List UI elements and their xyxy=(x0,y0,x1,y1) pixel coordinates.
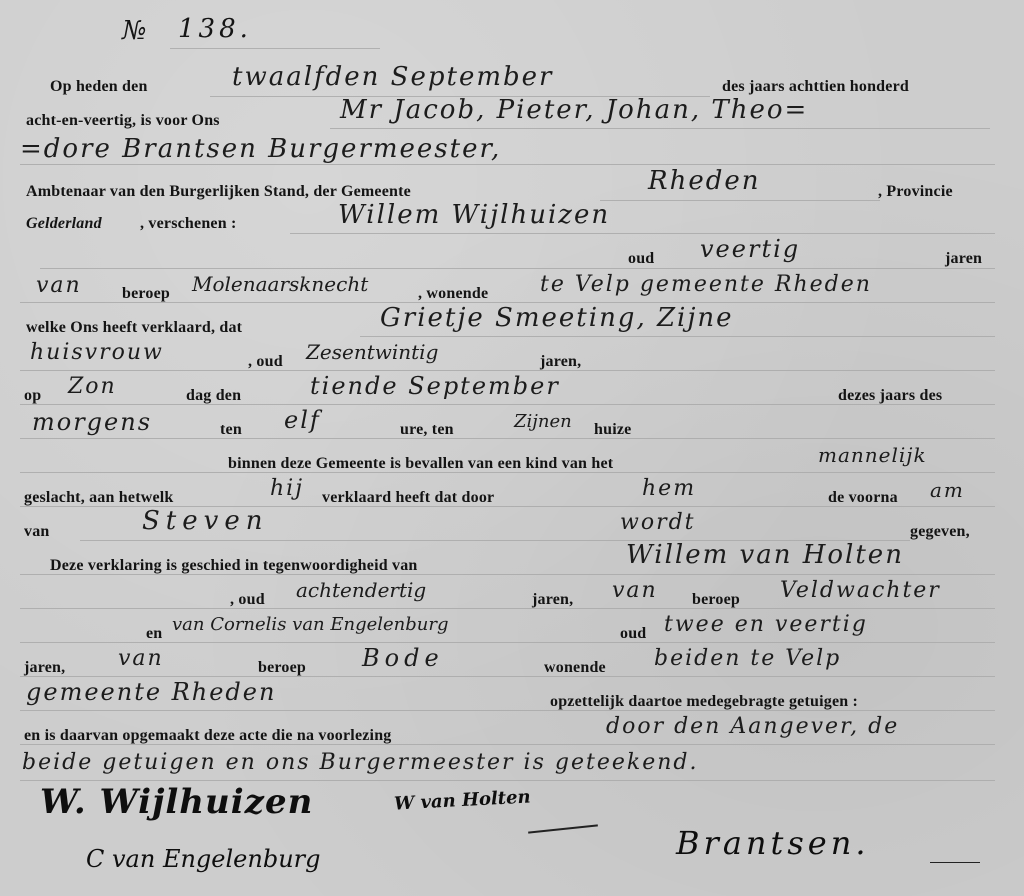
handwritten-mother-age: Zesentwintig xyxy=(306,340,438,364)
printed-province: Gelderland xyxy=(26,215,102,233)
handwritten-witness-2-name: van Cornelis van Engelenburg xyxy=(172,614,449,635)
printed-text: , verschenen : xyxy=(140,215,237,233)
rule-line xyxy=(20,164,995,165)
handwritten-declarant-name: Willem Wijlhuizen xyxy=(338,200,610,230)
handwritten-witness-2-age: twee en veertig xyxy=(664,612,868,637)
printed-text: de voorna xyxy=(828,489,898,507)
printed-text: dag den xyxy=(186,387,241,405)
handwritten-text: Zijnen xyxy=(514,411,572,432)
rule-line xyxy=(20,370,995,371)
handwritten-age: veertig xyxy=(700,235,800,263)
handwritten-witness-2-occupation: Bode xyxy=(362,644,444,672)
rule-line xyxy=(20,608,995,609)
printed-text: beroep xyxy=(692,591,740,609)
handwritten-registrar-title: =dore Brantsen Burgermeester, xyxy=(20,134,501,164)
handwritten-municipality: Rheden xyxy=(648,166,760,196)
rule-line xyxy=(170,48,380,49)
rule-line xyxy=(330,128,990,129)
printed-text: jaren xyxy=(945,250,982,268)
handwritten-time-of-day: morgens xyxy=(32,408,152,436)
printed-text: beroep xyxy=(258,659,306,677)
printed-text: en is daarvan opgemaakt deze acte die na… xyxy=(24,727,392,745)
printed-text: Ambtenaar van den Burgerlijken Stand, de… xyxy=(26,183,411,201)
printed-text: op xyxy=(24,387,41,405)
printed-text: jaren, xyxy=(540,353,581,371)
handwritten-text: huisvrouw xyxy=(30,340,164,365)
handwritten-witness-1-name: Willem van Holten xyxy=(626,540,904,570)
handwritten-hour: elf xyxy=(284,406,321,434)
printed-text: des jaars achttien honderd xyxy=(722,78,909,96)
handwritten-weekday: Zon xyxy=(68,374,117,399)
handwritten-text: door den Aangever, de xyxy=(606,714,899,739)
handwritten-registrar-name: Mr Jacob, Pieter, Johan, Theo= xyxy=(340,95,808,125)
register-page: № 138. Op heden den twaalfden September … xyxy=(0,0,1024,896)
printed-text: Op heden den xyxy=(50,78,148,96)
printed-text: wonende xyxy=(544,659,606,677)
record-number-label: № xyxy=(122,16,151,46)
printed-text: ten xyxy=(220,421,242,439)
printed-text: en xyxy=(146,625,162,643)
handwritten-text: van xyxy=(612,578,658,603)
handwritten-text: hij xyxy=(270,476,304,501)
rule-line xyxy=(20,676,995,677)
rule-line xyxy=(290,233,995,234)
signature-registrar: Brantsen. xyxy=(676,824,870,862)
handwritten-text: hem xyxy=(642,476,696,501)
signature-declarant: W. Wijlhuizen xyxy=(40,782,313,822)
handwritten-text: am xyxy=(930,478,965,502)
printed-text: geslacht, aan hetwelk xyxy=(24,489,174,507)
printed-text: Deze verklaring is geschied in tegenwoor… xyxy=(50,557,418,575)
handwritten-text: van xyxy=(118,646,164,671)
handwritten-witness-1-occupation: Veldwachter xyxy=(780,578,941,603)
printed-text: jaren, xyxy=(24,659,65,677)
handwritten-witness-1-age: achtendertig xyxy=(296,578,426,602)
printed-text: , wonende xyxy=(418,285,488,303)
printed-text: huize xyxy=(594,421,631,439)
signature-witness-2: C van Engelenburg xyxy=(86,845,320,873)
printed-text: , oud xyxy=(248,353,283,371)
printed-text: oud xyxy=(628,250,654,268)
printed-text: van xyxy=(24,523,50,541)
rule-line xyxy=(20,642,995,643)
printed-text: gegeven, xyxy=(910,523,970,541)
rule-line xyxy=(20,780,995,781)
handwritten-witnesses-residence: beiden te Velp xyxy=(654,646,841,671)
printed-text: binnen deze Gemeente is bevallen van een… xyxy=(228,455,613,473)
rule-line xyxy=(40,268,995,269)
printed-text: ure, ten xyxy=(400,421,454,439)
handwritten-mother-name: Grietje Smeeting, Zijne xyxy=(380,303,734,333)
handwritten-date: twaalfden September xyxy=(232,62,553,92)
handwritten-witnesses-municipality: gemeente Rheden xyxy=(26,678,276,706)
printed-text: dezes jaars des xyxy=(838,387,942,405)
handwritten-child-name: Steven xyxy=(142,506,268,536)
handwritten-occupation: Molenaarsknecht xyxy=(192,272,368,296)
printed-text: , oud xyxy=(230,591,265,609)
rule-line xyxy=(360,336,995,337)
handwritten-sex: mannelijk xyxy=(818,443,927,467)
signature-witness-1: W van Holten xyxy=(394,786,532,814)
handwritten-birth-date: tiende September xyxy=(310,372,560,400)
printed-text: opzettelijk daartoe medegebragte getuige… xyxy=(550,693,858,711)
rule-line xyxy=(600,200,880,201)
handwritten-text: van xyxy=(36,273,82,298)
printed-text: verklaard heeft dat door xyxy=(322,489,494,507)
handwritten-residence: te Velp gemeente Rheden xyxy=(540,272,872,297)
record-number: 138. xyxy=(178,14,252,44)
signature-flourish xyxy=(528,824,598,833)
printed-text: oud xyxy=(620,625,646,643)
printed-text: , Provincie xyxy=(878,183,953,201)
handwritten-closing: beide getuigen en ons Burgermeester is g… xyxy=(22,750,698,775)
signature-underline xyxy=(930,862,980,863)
printed-text: beroep xyxy=(122,285,170,303)
handwritten-text: wordt xyxy=(620,510,696,535)
printed-text: welke Ons heeft verklaard, dat xyxy=(26,319,242,337)
printed-text: jaren, xyxy=(532,591,573,609)
printed-text: acht-en-veertig, is voor Ons xyxy=(26,112,220,130)
rule-line xyxy=(20,438,995,439)
